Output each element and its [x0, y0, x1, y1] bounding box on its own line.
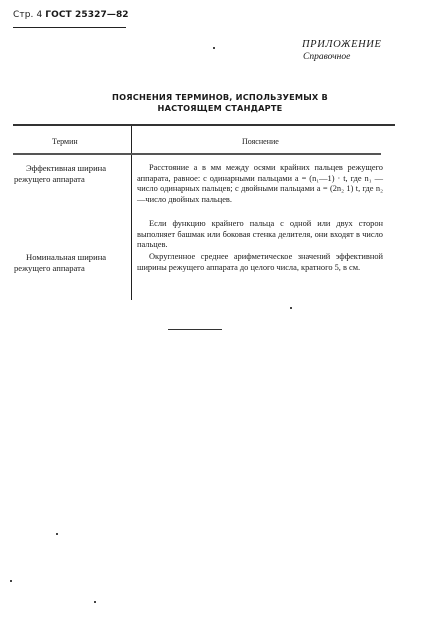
page-number: Стр. 4 [13, 10, 42, 20]
table-top-rule [13, 124, 395, 126]
scan-speck [290, 307, 292, 309]
appendix-subtitle: Справочное [303, 52, 350, 62]
explanation-effective-width-p2: Если функцию крайнего пальца с одной или… [137, 219, 383, 251]
end-rule [168, 329, 222, 330]
column-header-term: Термин [52, 137, 78, 146]
page-header: Стр. 4 ГОСТ 25327—82 [13, 10, 129, 20]
term-effective-width: Эффективная ширина режущего аппарата [14, 163, 126, 184]
explanation-effective-width-p1: Расстояние a в мм между осями крайних па… [137, 163, 383, 205]
section-title: ПОЯСНЕНИЯ ТЕРМИНОВ, ИСПОЛЬЗУЕМЫХ В НАСТО… [60, 92, 380, 114]
header-underline [13, 27, 126, 28]
scan-speck [94, 601, 96, 603]
scan-speck [56, 533, 58, 535]
scan-speck [213, 47, 215, 49]
explanation-nominal-width: Округленное среднее арифметическое значе… [137, 252, 383, 273]
section-title-line-2: НАСТОЯЩЕМ СТАНДАРТЕ [60, 103, 380, 114]
term-nominal-width: Номинальная ширина режущего аппарата [14, 252, 126, 273]
section-title-line-1: ПОЯСНЕНИЯ ТЕРМИНОВ, ИСПОЛЬЗУЕМЫХ В [60, 92, 380, 103]
scan-speck [10, 580, 12, 582]
appendix-title: ПРИЛОЖЕНИЕ [302, 39, 382, 50]
table-header-rule [13, 153, 381, 155]
column-header-explanation: Пояснение [242, 137, 279, 146]
standard-number: ГОСТ 25327—82 [45, 10, 128, 20]
